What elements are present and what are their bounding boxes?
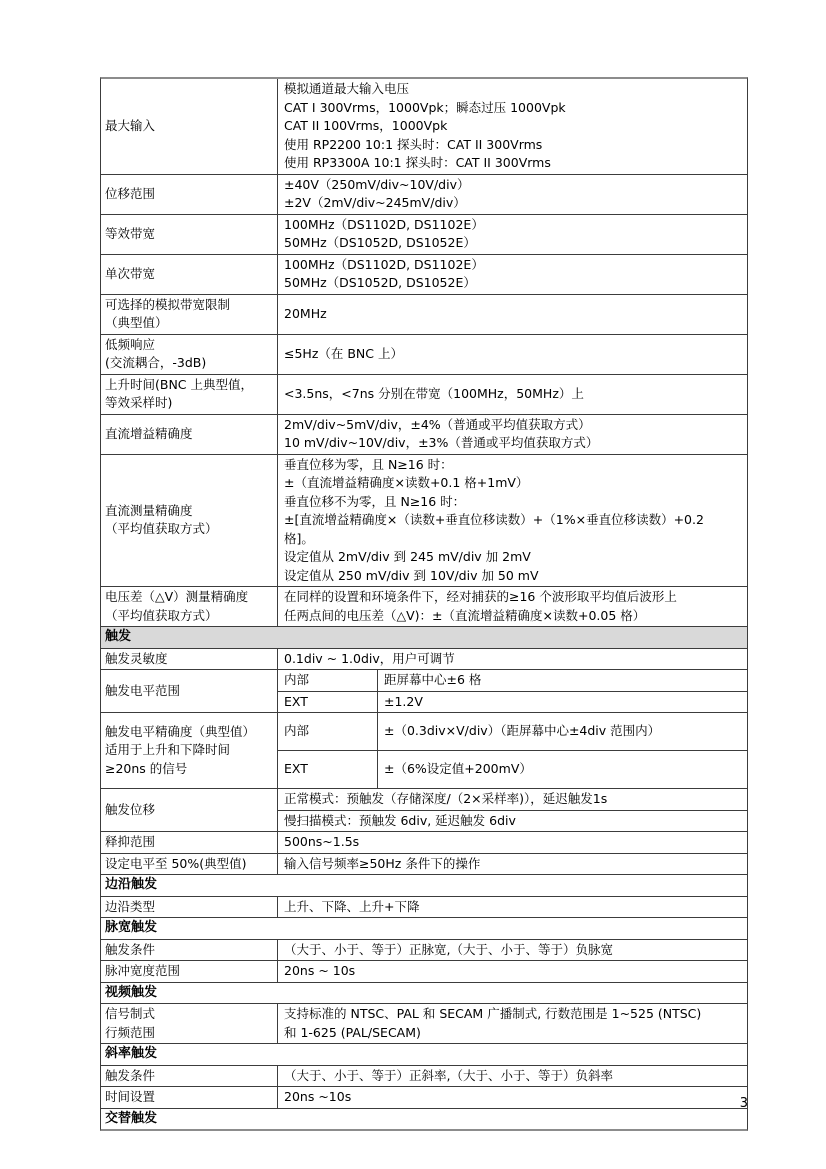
value-line: 2mV/div~5mV/div，±4%（普通或平均值获取方式） (284, 416, 741, 435)
row-label: 设定电平至 50%(典型值) (101, 854, 278, 875)
label-line: 上升时间(BNC 上典型值， (105, 376, 273, 395)
value-line: ≤5Hz（在 BNC 上） (284, 345, 741, 364)
value-line: （大于、小于、等于）正斜率,（大于、小于、等于）负斜率 (284, 1067, 741, 1086)
label-line: 适用于上升和下降时间 (105, 741, 273, 760)
row-label: 触发电平范围 (101, 670, 278, 712)
label-line: 设定电平至 50%(典型值) (105, 855, 273, 874)
row-value: 模拟通道最大输入电压CAT I 300Vrms，1000Vpk；瞬态过压 100… (278, 79, 747, 174)
label-line: 单次带宽 (105, 265, 273, 284)
row-value: <3.5ns，<7ns 分别在带宽（100MHz，50MHz）上 (278, 375, 747, 414)
table-row: 释抑范围500ns~1.5s (101, 832, 747, 854)
table-row: 等效带宽100MHz（DS1102D, DS1102E）50MHz（DS1052… (101, 215, 747, 255)
value-line: 垂直位移不为零，且 N≥16 时： (284, 493, 741, 512)
value-line: 任两点间的电压差（△V)：±（直流增益精确度×读数+0.05 格） (284, 607, 741, 626)
row-label: 可选择的模拟带宽限制（典型值） (101, 295, 278, 334)
table-row: 单次带宽100MHz（DS1102D, DS1102E）50MHz（DS1052… (101, 255, 747, 295)
row-value: 20MHz (278, 295, 747, 334)
label-line: 边沿类型 (105, 898, 273, 917)
section-header-row: 视频触发 (101, 983, 747, 1005)
value-line: 支持标准的 NTSC、PAL 和 SECAM 广播制式, 行数范围是 1~525… (284, 1005, 741, 1024)
section-title: 边沿触发 (105, 877, 157, 892)
row-label: 直流增益精确度 (101, 415, 278, 454)
value-line: ±（直流增益精确度×读数+0.1 格+1mV） (284, 474, 741, 493)
sub-row: 内部距屏幕中心±6 格 (278, 670, 747, 692)
value-line: 500ns~1.5s (284, 833, 741, 852)
sub-row-key: 内部 (278, 713, 378, 750)
row-value: 支持标准的 NTSC、PAL 和 SECAM 广播制式, 行数范围是 1~525… (278, 1004, 747, 1043)
label-line: ≥20ns 的信号 (105, 760, 273, 779)
row-label: 边沿类型 (101, 897, 278, 918)
label-line: 触发条件 (105, 941, 273, 960)
label-line: 触发灵敏度 (105, 650, 273, 669)
section-title: 视频触发 (105, 985, 157, 1000)
table-row: 低频响应(交流耦合，-3dB)≤5Hz（在 BNC 上） (101, 335, 747, 375)
label-line: 等效带宽 (105, 225, 273, 244)
row-value: （大于、小于、等于）正脉宽,（大于、小于、等于）负脉宽 (278, 940, 747, 961)
row-value: 20ns ~ 10s (278, 961, 747, 982)
row-label: 直流测量精确度（平均值获取方式） (101, 455, 278, 587)
row-label: 触发电平精确度（典型值）适用于上升和下降时间≥20ns 的信号 (101, 713, 278, 788)
row-label: 位移范围 (101, 175, 278, 214)
row-value: （大于、小于、等于）正斜率,（大于、小于、等于）负斜率 (278, 1066, 747, 1087)
table-row: 上升时间(BNC 上典型值，等效采样时)<3.5ns，<7ns 分别在带宽（10… (101, 375, 747, 415)
value-line: 50MHz（DS1052D, DS1052E） (284, 274, 741, 293)
value-line: 垂直位移为零，且 N≥16 时： (284, 456, 741, 475)
value-line: 0.1div ~ 1.0div，用户可调节 (284, 650, 741, 669)
row-label: 单次带宽 (101, 255, 278, 294)
page-number: 3 (100, 1096, 748, 1111)
value-line: 20MHz (284, 305, 741, 324)
table-row: 直流测量精确度（平均值获取方式）垂直位移为零，且 N≥16 时：±（直流增益精确… (101, 455, 747, 588)
section-title: 交替触发 (105, 1111, 157, 1126)
table-row: 最大输入模拟通道最大输入电压CAT I 300Vrms，1000Vpk；瞬态过压… (101, 79, 747, 175)
label-line: 位移范围 (105, 185, 273, 204)
label-line: 直流测量精确度 (105, 502, 273, 521)
row-value: 上升、下降、上升+下降 (278, 897, 747, 918)
value-line: 10 mV/div~10V/div，±3%（普通或平均值获取方式） (284, 434, 741, 453)
row-subtable: 内部±（0.3div×V/div）（距屏幕中心±4div 范围内）EXT±（6%… (278, 713, 747, 788)
sub-row-key: EXT (278, 751, 378, 788)
row-value: 在同样的设置和环境条件下，经对捕获的≥16 个波形取平均值后波形上任两点间的电压… (278, 587, 747, 626)
label-line: 触发位移 (105, 801, 273, 820)
section-header-row: 脉宽触发 (101, 918, 747, 940)
row-value: 2mV/div~5mV/div，±4%（普通或平均值获取方式）10 mV/div… (278, 415, 747, 454)
label-line: 触发电平范围 (105, 682, 273, 701)
label-line: 等效采样时) (105, 394, 273, 413)
row-subtable: 内部距屏幕中心±6 格EXT±1.2V (278, 670, 747, 712)
value-line: ±[直流增益精确度×（读数+垂直位移读数）+（1%×垂直位移读数）+0.2 (284, 511, 741, 530)
label-line: 触发条件 (105, 1067, 273, 1086)
table-row: 位移范围±40V（250mV/div~10V/div）±2V（2mV/div~2… (101, 175, 747, 215)
sub-row: EXT±1.2V (278, 692, 747, 713)
section-header-row: 边沿触发 (101, 875, 747, 897)
table-row: 触发电平精确度（典型值）适用于上升和下降时间≥20ns 的信号内部±（0.3di… (101, 713, 747, 789)
label-line: 可选择的模拟带宽限制 (105, 296, 273, 315)
row-value: 输入信号频率≥50Hz 条件下的操作 (278, 854, 747, 875)
row-value: 500ns~1.5s (278, 832, 747, 853)
section-title: 斜率触发 (105, 1046, 157, 1061)
label-line: 触发电平精确度（典型值） (105, 723, 273, 742)
row-value: ±40V（250mV/div~10V/div）±2V（2mV/div~245mV… (278, 175, 747, 214)
value-line: 使用 RP2200 10:1 探头时：CAT II 300Vrms (284, 136, 741, 155)
table-row: 信号制式行频范围支持标准的 NTSC、PAL 和 SECAM 广播制式, 行数范… (101, 1004, 747, 1044)
sub-row-value: ±（0.3div×V/div）（距屏幕中心±4div 范围内） (378, 713, 747, 750)
row-label: 释抑范围 (101, 832, 278, 853)
label-line: 脉冲宽度范围 (105, 962, 273, 981)
table-row: 边沿类型上升、下降、上升+下降 (101, 897, 747, 919)
section-title: 脉宽触发 (105, 920, 157, 935)
value-line: 输入信号频率≥50Hz 条件下的操作 (284, 855, 741, 874)
row-label: 触发条件 (101, 940, 278, 961)
spec-table: 最大输入模拟通道最大输入电压CAT I 300Vrms，1000Vpk；瞬态过压… (100, 77, 748, 1131)
value-line: 100MHz（DS1102D, DS1102E） (284, 256, 741, 275)
label-line: （典型值） (105, 314, 273, 333)
label-line: 直流增益精确度 (105, 425, 273, 444)
row-value: 垂直位移为零，且 N≥16 时：±（直流增益精确度×读数+0.1 格+1mV）垂… (278, 455, 747, 587)
value-line: 50MHz（DS1052D, DS1052E） (284, 234, 741, 253)
value-line: （大于、小于、等于）正脉宽,（大于、小于、等于）负脉宽 (284, 941, 741, 960)
table-row: 触发条件（大于、小于、等于）正脉宽,（大于、小于、等于）负脉宽 (101, 940, 747, 962)
sub-row-value: 正常模式：预触发（存储深度/（2×采样率)），延迟触发1s (278, 789, 747, 810)
label-line: 行频范围 (105, 1024, 273, 1043)
table-row: 可选择的模拟带宽限制（典型值）20MHz (101, 295, 747, 335)
label-line: 释抑范围 (105, 833, 273, 852)
label-line: （平均值获取方式） (105, 607, 273, 626)
label-line: 低频响应 (105, 336, 273, 355)
row-label: 触发位移 (101, 789, 278, 831)
row-label: 上升时间(BNC 上典型值，等效采样时) (101, 375, 278, 414)
value-line: 使用 RP3300A 10:1 探头时：CAT II 300Vrms (284, 154, 741, 173)
label-line: (交流耦合，-3dB) (105, 354, 273, 373)
value-line: 和 1-625 (PAL/SECAM) (284, 1024, 741, 1043)
value-line: 上升、下降、上升+下降 (284, 898, 741, 917)
table-row: 触发位移正常模式：预触发（存储深度/（2×采样率)），延迟触发1s慢扫描模式：预… (101, 789, 747, 832)
row-label: 触发条件 (101, 1066, 278, 1087)
table-row: 电压差（△V）测量精确度（平均值获取方式）在同样的设置和环境条件下，经对捕获的≥… (101, 587, 747, 627)
section-header-row: 交替触发 (101, 1109, 747, 1130)
sub-row-key: EXT (278, 692, 378, 713)
sub-row: EXT±（6%设定值+200mV） (278, 751, 747, 788)
row-label: 触发灵敏度 (101, 649, 278, 670)
manual-page: 最大输入模拟通道最大输入电压CAT I 300Vrms，1000Vpk；瞬态过压… (0, 0, 826, 1169)
row-value-stack: 正常模式：预触发（存储深度/（2×采样率)），延迟触发1s慢扫描模式：预触发 6… (278, 789, 747, 831)
table-row: 设定电平至 50%(典型值)输入信号频率≥50Hz 条件下的操作 (101, 854, 747, 876)
value-line: 设定值从 250 mV/div 到 10V/div 加 50 mV (284, 567, 741, 586)
value-line: CAT II 100Vrms，1000Vpk (284, 117, 741, 136)
sub-row: 正常模式：预触发（存储深度/（2×采样率)），延迟触发1s (278, 789, 747, 811)
table-row: 直流增益精确度2mV/div~5mV/div，±4%（普通或平均值获取方式）10… (101, 415, 747, 455)
value-line: 100MHz（DS1102D, DS1102E） (284, 216, 741, 235)
row-value: ≤5Hz（在 BNC 上） (278, 335, 747, 374)
sub-row-value: 慢扫描模式：预触发 6div, 延迟触发 6div (278, 811, 747, 832)
table-row: 脉冲宽度范围20ns ~ 10s (101, 961, 747, 983)
sub-row: 慢扫描模式：预触发 6div, 延迟触发 6div (278, 811, 747, 832)
label-line: 最大输入 (105, 117, 273, 136)
sub-row-key: 内部 (278, 670, 378, 691)
label-line: （平均值获取方式） (105, 520, 273, 539)
value-line: ±2V（2mV/div~245mV/div） (284, 194, 741, 213)
value-line: 在同样的设置和环境条件下，经对捕获的≥16 个波形取平均值后波形上 (284, 588, 741, 607)
label-line: 电压差（△V）测量精确度 (105, 588, 273, 607)
sub-row-value: ±（6%设定值+200mV） (378, 751, 747, 788)
row-value: 100MHz（DS1102D, DS1102E）50MHz（DS1052D, D… (278, 215, 747, 254)
value-line: CAT I 300Vrms，1000Vpk；瞬态过压 1000Vpk (284, 99, 741, 118)
table-row: 触发条件（大于、小于、等于）正斜率,（大于、小于、等于）负斜率 (101, 1066, 747, 1088)
row-label: 脉冲宽度范围 (101, 961, 278, 982)
section-header-row: 斜率触发 (101, 1044, 747, 1066)
sub-row: 内部±（0.3div×V/div）（距屏幕中心±4div 范围内） (278, 713, 747, 751)
table-row: 触发灵敏度0.1div ~ 1.0div，用户可调节 (101, 649, 747, 671)
row-label: 等效带宽 (101, 215, 278, 254)
row-value: 100MHz（DS1102D, DS1102E）50MHz（DS1052D, D… (278, 255, 747, 294)
sub-row-value: 距屏幕中心±6 格 (378, 670, 747, 691)
value-line: 设定值从 2mV/div 到 245 mV/div 加 2mV (284, 548, 741, 567)
value-line: <3.5ns，<7ns 分别在带宽（100MHz，50MHz）上 (284, 385, 741, 404)
row-label: 最大输入 (101, 79, 278, 174)
value-line: ±40V（250mV/div~10V/div） (284, 176, 741, 195)
row-label: 信号制式行频范围 (101, 1004, 278, 1043)
row-label: 低频响应(交流耦合，-3dB) (101, 335, 278, 374)
value-line: 格]。 (284, 530, 741, 549)
sub-row-value: ±1.2V (378, 692, 747, 713)
section-title: 触发 (105, 629, 131, 644)
label-line: 信号制式 (105, 1005, 273, 1024)
table-row: 触发电平范围内部距屏幕中心±6 格EXT±1.2V (101, 670, 747, 713)
section-header-row: 触发 (101, 627, 747, 649)
value-line: 20ns ~ 10s (284, 962, 741, 981)
row-value: 0.1div ~ 1.0div，用户可调节 (278, 649, 747, 670)
value-line: 模拟通道最大输入电压 (284, 80, 741, 99)
row-label: 电压差（△V）测量精确度（平均值获取方式） (101, 587, 278, 626)
